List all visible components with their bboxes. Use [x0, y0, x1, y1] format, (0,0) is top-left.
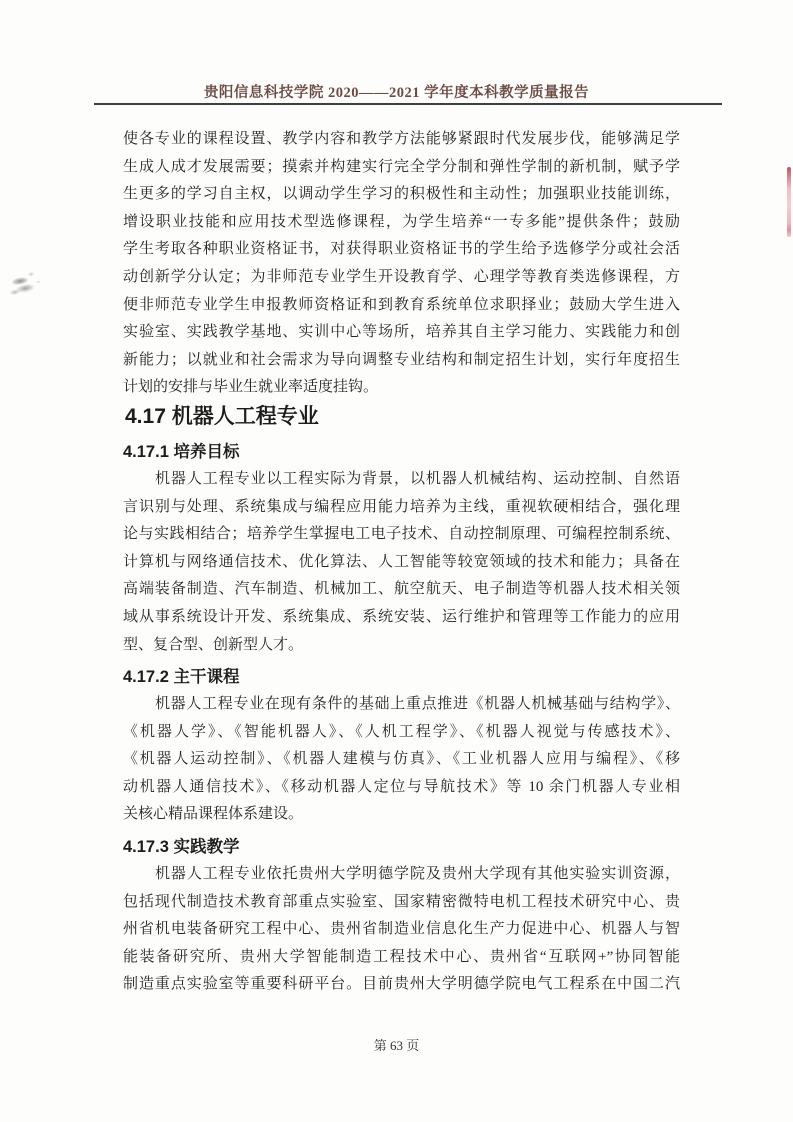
page-number: 第 63 页 [374, 1038, 420, 1053]
document-body: 使各专业的课程设置、教学内容和教学方法能够紧跟时代发展步伐，能够满足学生成人成才… [123, 126, 680, 999]
text-line: 关核心精品课程体系建设。 [123, 801, 680, 829]
text-line: 型、复合型、创新型人才。 [123, 632, 680, 660]
text-line: 动机器人通信技术》、《移动机器人定位与导航技术》等 10 余门机器人专业相 [123, 774, 680, 802]
subsection-heading-4-17-2: 4.17.2 主干课程 [123, 665, 680, 689]
paragraph-training-objectives: 机器人工程专业以工程实际为背景，以机器人机械结构、运动控制、自然语言识别与处理、… [123, 466, 680, 659]
text-line: 计划的安排与毕业生就业率适度挂钩。 [123, 374, 680, 402]
scanned-document-page: 贵阳信息科技学院 2020——2021 学年度本科教学质量报告 使各专业的课程设… [0, 0, 793, 1122]
text-line: 生更多的学习自主权，以调动学生学习的积极性和主动性；加强职业技能训练， [123, 181, 680, 209]
text-line: 机器人工程专业以工程实际为背景，以机器人机械结构、运动控制、自然语 [123, 466, 680, 494]
text-line: 《机器人运动控制》、《机器人建模与仿真》、《工业机器人应用与编程》、《移 [123, 746, 680, 774]
text-line: 制造重点实验室等重要科研平台。目前贵州大学明德学院电气工程系在中国二汽 [123, 971, 680, 999]
text-line: 使各专业的课程设置、教学内容和教学方法能够紧跟时代发展步伐，能够满足学 [123, 126, 680, 154]
red-scan-edge-mark [787, 167, 791, 237]
text-line: 域从事系统设计开发、系统集成、系统安装、运行维护和管理等工作能力的应用 [123, 604, 680, 632]
text-line: 新能力；以就业和社会需求为导向调整专业结构和制定招生计划，实行年度招生 [123, 347, 680, 375]
subsection-heading-4-17-3: 4.17.3 实践教学 [123, 835, 680, 859]
text-line: 计算机与网络通信技术、优化算法、人工智能等较宽领域的技术和能力；具备在 [123, 549, 680, 577]
text-line: 生成人成才发展需要；摸索并构建实行完全学分制和弹性学制的新机制，赋予学 [123, 154, 680, 182]
text-line: 《机器人学》、《智能机器人》、《人机工程学》、《机器人视觉与传感技术》、 [123, 719, 680, 747]
text-line: 动创新学分认定；为非师范专业学生开设教育学、心理学等教育类选修课程，方 [123, 264, 680, 292]
running-header-title: 贵阳信息科技学院 2020——2021 学年度本科教学质量报告 [0, 81, 793, 102]
ink-smudge-artifact [2, 262, 52, 309]
text-line: 增设职业技能和应用技术型选修课程，为学生培养“一专多能”提供条件；鼓励 [123, 209, 680, 237]
text-line: 言识别与处理、系统集成与编程应用能力培养为主线，重视软硬相结合，强化理 [123, 494, 680, 522]
text-line: 州省机电装备研究工程中心、贵州省制造业信息化生产力促进中心、机器人与智 [123, 916, 680, 944]
text-line: 实验室、实践教学基地、实训中心等场所，培养其自主学习能力、实践能力和创 [123, 319, 680, 347]
paragraph-core-courses: 机器人工程专业在现有条件的基础上重点推进《机器人机械基础与结构学》、《机器人学》… [123, 691, 680, 829]
text-line: 学生考取各种职业资格证书，对获得职业资格证书的学生给予选修学分或社会活 [123, 236, 680, 264]
text-line: 高端装备制造、汽车制造、机械加工、航空航天、电子制造等机器人技术相关领 [123, 576, 680, 604]
header-rule [94, 103, 722, 105]
paragraph-practical-teaching: 机器人工程专业依托贵州大学明德学院及贵州大学现有其他实验实训资源，包括现代制造技… [123, 861, 680, 999]
text-line: 包括现代制造技术教育部重点实验室、国家精密微特电机工程技术研究中心、贵 [123, 889, 680, 917]
text-line: 便非师范专业学生申报教师资格证和到教育系统单位求职择业；鼓励大学生进入 [123, 292, 680, 320]
section-heading-4-17: 4.17 机器人工程专业 [125, 404, 680, 430]
subsection-heading-4-17-1: 4.17.1 培养目标 [123, 440, 680, 464]
text-line: 论与实践相结合；培养学生掌握电工电子技术、自动控制原理、可编程控制系统、 [123, 521, 680, 549]
paragraph-continuation: 使各专业的课程设置、教学内容和教学方法能够紧跟时代发展步伐，能够满足学生成人成才… [123, 126, 680, 402]
text-line: 机器人工程专业在现有条件的基础上重点推进《机器人机械基础与结构学》、 [123, 691, 680, 719]
text-line: 机器人工程专业依托贵州大学明德学院及贵州大学现有其他实验实训资源， [123, 861, 680, 889]
text-line: 能装备研究所、贵州大学智能制造工程技术中心、贵州省“互联网+”协同智能 [123, 944, 680, 972]
